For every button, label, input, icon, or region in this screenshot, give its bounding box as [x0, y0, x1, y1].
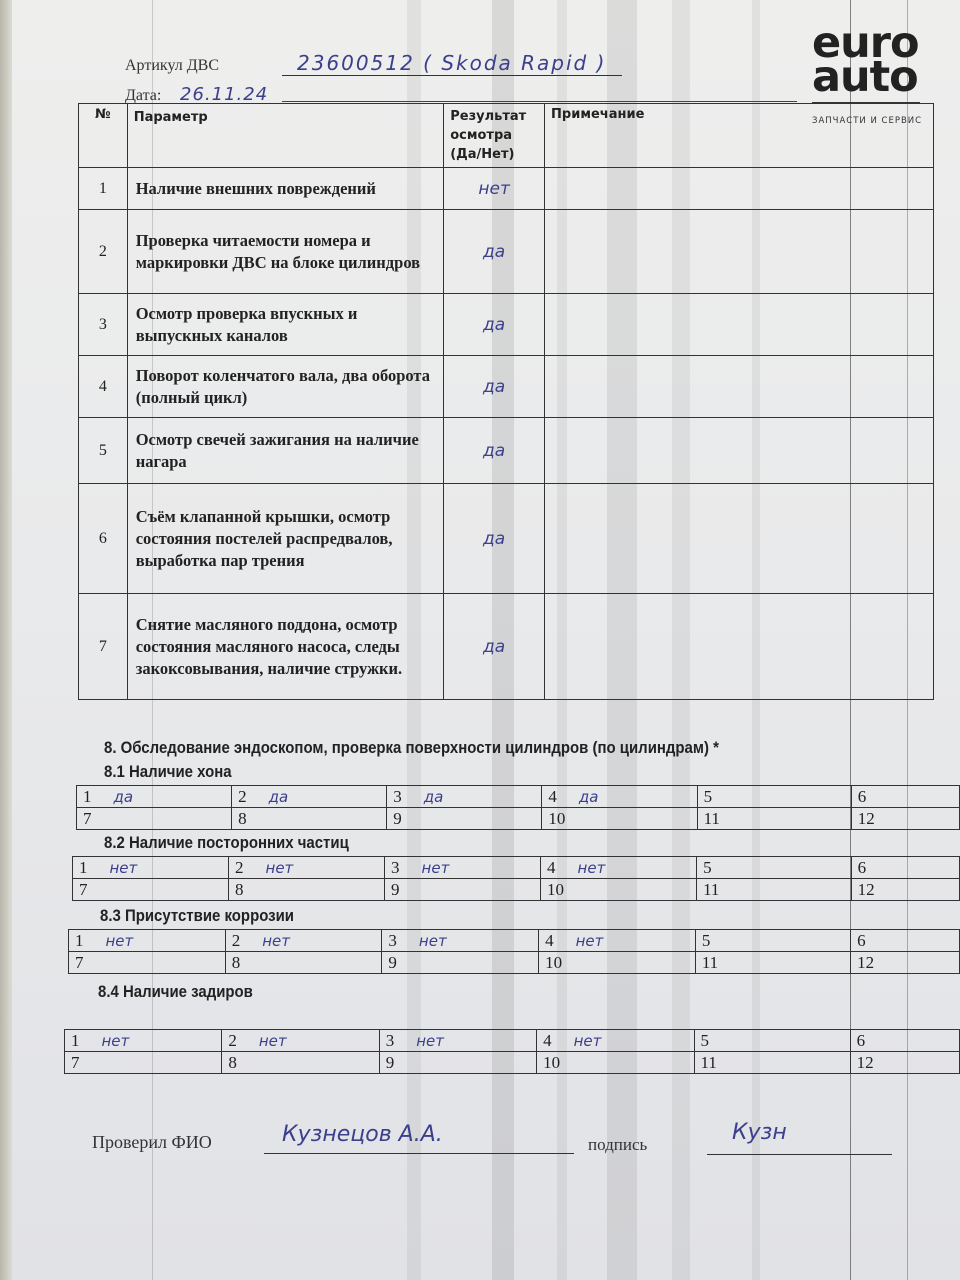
row-parameter-cell: Проверка читаемости номера и маркировки …	[127, 210, 444, 294]
table-row: 7Снятие масляного поддона, осмотр состоя…	[79, 594, 934, 700]
row-note-cell	[545, 594, 934, 700]
cylinder-number: 5	[701, 1031, 710, 1050]
checked-by-underline	[264, 1153, 574, 1154]
cylinder-number: 8	[228, 1053, 237, 1072]
cylinder-row: 1да2да3да4да56	[77, 786, 960, 808]
cylinder-cell: 9	[379, 1052, 536, 1074]
cylinder-cell: 12	[851, 952, 960, 974]
cylinder-cell: 5	[695, 930, 850, 952]
row-number: 2	[99, 243, 107, 260]
cylinder-number: 7	[75, 953, 84, 972]
cylinder-cell: 12	[851, 808, 959, 830]
cylinder-result: нет	[416, 1032, 444, 1050]
cylinder-cell: 4да	[542, 786, 697, 808]
row-number-cell: 1	[79, 168, 128, 210]
cylinder-number: 3	[388, 931, 397, 950]
row-result: да	[483, 242, 505, 262]
cylinder-number: 10	[547, 880, 564, 899]
row-number-cell: 7	[79, 594, 128, 700]
row-number: 4	[99, 378, 107, 395]
cylinder-number: 12	[857, 953, 874, 972]
cylinder-result: нет	[576, 932, 604, 950]
cylinder-cell: 5	[697, 857, 852, 879]
table-row: 4Поворот коленчатого вала, два оборота (…	[79, 356, 934, 418]
header-result: Результат осмотра (Да/Нет)	[444, 104, 545, 168]
cylinder-row: 789101112	[65, 1052, 960, 1074]
cylinder-result: нет	[262, 932, 290, 950]
logo-word-auto: auto	[812, 60, 922, 94]
cylinder-cell: 6	[851, 857, 959, 879]
table-header-row: № Параметр Результат осмотра (Да/Нет) Пр…	[79, 104, 934, 168]
cylinder-number: 9	[388, 953, 397, 972]
cylinder-number: 10	[543, 1053, 560, 1072]
cylinder-cell: 10	[539, 952, 696, 974]
row-result-cell: да	[444, 210, 545, 294]
cylinder-cell: 7	[77, 808, 232, 830]
cylinder-number: 7	[79, 880, 88, 899]
row-result: да	[483, 377, 505, 397]
row-parameter: Проверка читаемости номера и маркировки …	[136, 231, 420, 272]
subsection-title: 8.2 Наличие посторонних частиц	[104, 833, 349, 853]
cylinder-result: нет	[419, 932, 447, 950]
cylinder-cell: 3нет	[382, 930, 539, 952]
inspection-form-page: Артикул ДВС 23600512 ( Skoda Rapid ) Дат…	[12, 0, 960, 1280]
cylinder-number: 11	[704, 809, 720, 828]
cylinder-cell: 4нет	[539, 930, 696, 952]
cylinder-cell: 2нет	[222, 1030, 379, 1052]
row-note-cell	[545, 294, 934, 356]
checked-by-label: Проверил ФИО	[92, 1132, 212, 1153]
cylinder-result: нет	[106, 932, 134, 950]
section-8-title: 8. Обследование эндоскопом, проверка пов…	[104, 738, 719, 758]
date-value: 26.11.24	[180, 84, 268, 105]
row-result: да	[483, 441, 505, 461]
cylinder-number: 6	[858, 858, 867, 877]
cylinder-result: нет	[102, 1032, 130, 1050]
cylinder-cell: 8	[222, 1052, 379, 1074]
cylinder-cell: 3нет	[385, 857, 541, 879]
cylinder-number: 3	[393, 787, 402, 806]
cylinder-cell: 5	[694, 1030, 850, 1052]
row-number-cell: 2	[79, 210, 128, 294]
cylinder-cell: 10	[537, 1052, 694, 1074]
cylinder-number: 3	[386, 1031, 395, 1050]
cylinder-result: нет	[259, 1032, 287, 1050]
cylinder-number: 3	[391, 858, 400, 877]
row-parameter: Поворот коленчатого вала, два оборота (п…	[136, 366, 430, 407]
cylinder-cell: 11	[697, 808, 851, 830]
cylinder-result: нет	[578, 859, 606, 877]
row-result-cell: да	[444, 484, 545, 594]
row-parameter: Наличие внешних повреждений	[136, 179, 376, 198]
cylinder-cell: 6	[851, 786, 959, 808]
cylinder-row: 1нет2нет3нет4нет56	[73, 857, 960, 879]
cylinder-number: 12	[857, 1053, 874, 1072]
cylinder-number: 5	[702, 931, 711, 950]
subsection-title: 8.1 Наличие хона	[104, 762, 232, 782]
row-note-cell	[545, 168, 934, 210]
row-result: да	[483, 315, 505, 335]
row-number-cell: 6	[79, 484, 128, 594]
row-parameter: Съём клапанной крышки, осмотр состояния …	[136, 507, 393, 570]
cylinder-number: 9	[386, 1053, 395, 1072]
cylinder-cell: 11	[695, 952, 850, 974]
inspection-table: № Параметр Результат осмотра (Да/Нет) Пр…	[78, 103, 934, 700]
header-param: Параметр	[127, 104, 444, 168]
cylinder-cell: 6	[851, 930, 960, 952]
cylinder-cell: 11	[697, 879, 852, 901]
cylinder-cell: 3нет	[379, 1030, 536, 1052]
header-note: Примечание	[545, 104, 934, 168]
row-result: нет	[478, 179, 509, 199]
row-number: 7	[99, 638, 107, 655]
row-result-cell: да	[444, 418, 545, 484]
row-note-cell	[545, 484, 934, 594]
cylinder-number: 1	[83, 787, 92, 806]
cylinder-number: 5	[704, 787, 713, 806]
cylinder-cell: 2да	[232, 786, 387, 808]
row-result-cell: нет	[444, 168, 545, 210]
cylinder-cell: 9	[382, 952, 539, 974]
cylinder-number: 1	[71, 1031, 80, 1050]
article-value: 23600512 ( Skoda Rapid )	[297, 51, 606, 75]
cylinder-number: 12	[858, 880, 875, 899]
cylinder-table: 1нет2нет3нет4нет56789101112	[72, 856, 960, 901]
row-number-cell: 4	[79, 356, 128, 418]
cylinder-result: нет	[574, 1032, 602, 1050]
cylinder-number: 2	[238, 787, 247, 806]
cylinder-result: нет	[266, 859, 294, 877]
cylinder-table: 1да2да3да4да56789101112	[76, 785, 960, 830]
cylinder-result: нет	[422, 859, 450, 877]
cylinder-cell: 3да	[387, 786, 542, 808]
subsection-title: 8.3 Присутствие коррозии	[100, 906, 294, 926]
row-parameter-cell: Наличие внешних повреждений	[127, 168, 444, 210]
cylinder-number: 10	[548, 809, 565, 828]
cylinder-cell: 5	[697, 786, 851, 808]
row-note-cell	[545, 210, 934, 294]
signature-label: подпись	[588, 1135, 647, 1155]
cylinder-cell: 7	[69, 952, 226, 974]
row-result: да	[483, 637, 505, 657]
row-parameter: Снятие масляного поддона, осмотр состоян…	[136, 615, 402, 678]
cylinder-cell: 9	[387, 808, 542, 830]
cylinder-row: 789101112	[69, 952, 960, 974]
table-row: 6Съём клапанной крышки, осмотр состояния…	[79, 484, 934, 594]
signature-value: Кузн	[732, 1120, 787, 1145]
row-parameter-cell: Съём клапанной крышки, осмотр состояния …	[127, 484, 444, 594]
row-number: 3	[99, 316, 107, 333]
cylinder-number: 2	[232, 931, 241, 950]
cylinder-cell: 8	[232, 808, 387, 830]
row-parameter-cell: Осмотр свечей зажигания на наличие нагар…	[127, 418, 444, 484]
cylinder-number: 7	[83, 809, 92, 828]
row-parameter-cell: Поворот коленчатого вала, два оборота (п…	[127, 356, 444, 418]
row-note-cell	[545, 356, 934, 418]
cylinder-cell: 8	[229, 879, 385, 901]
cylinder-cell: 4нет	[541, 857, 697, 879]
cylinder-result: нет	[110, 859, 138, 877]
table-row: 3Осмотр проверка впускных и выпускных ка…	[79, 294, 934, 356]
cylinder-number: 6	[857, 1031, 866, 1050]
cylinder-number: 12	[858, 809, 875, 828]
row-note-cell	[545, 418, 934, 484]
subsection-title: 8.4 Наличие задиров	[98, 982, 253, 1002]
cylinder-cell: 1да	[77, 786, 232, 808]
table-row: 2Проверка читаемости номера и маркировки…	[79, 210, 934, 294]
cylinder-cell: 7	[73, 879, 229, 901]
row-result-cell: да	[444, 594, 545, 700]
cylinder-result: да	[579, 788, 599, 806]
cylinder-cell: 1нет	[69, 930, 226, 952]
cylinder-row: 1нет2нет3нет4нет56	[69, 930, 960, 952]
row-number: 1	[99, 180, 107, 197]
cylinder-row: 1нет2нет3нет4нет56	[65, 1030, 960, 1052]
cylinder-number: 4	[545, 931, 554, 950]
cylinder-number: 2	[235, 858, 244, 877]
cylinder-number: 1	[79, 858, 88, 877]
cylinder-row: 789101112	[73, 879, 960, 901]
cylinder-cell: 10	[541, 879, 697, 901]
cylinder-number: 8	[235, 880, 244, 899]
cylinder-number: 8	[232, 953, 241, 972]
checked-by-name: Кузнецов А.А.	[282, 1122, 443, 1147]
cylinder-cell: 9	[385, 879, 541, 901]
cylinder-result: да	[114, 788, 134, 806]
cylinder-number: 7	[71, 1053, 80, 1072]
cylinder-table: 1нет2нет3нет4нет56789101112	[68, 929, 960, 974]
cylinder-number: 11	[702, 953, 718, 972]
cylinder-number: 9	[393, 809, 402, 828]
cylinder-cell: 1нет	[73, 857, 229, 879]
cylinder-cell: 4нет	[537, 1030, 694, 1052]
row-number-cell: 3	[79, 294, 128, 356]
cylinder-number: 11	[701, 1053, 717, 1072]
cylinder-number: 11	[703, 880, 719, 899]
cylinder-cell: 7	[65, 1052, 222, 1074]
article-label: Артикул ДВС	[125, 57, 219, 75]
cylinder-number: 2	[228, 1031, 237, 1050]
cylinder-result: да	[424, 788, 444, 806]
cylinder-cell: 1нет	[65, 1030, 222, 1052]
row-result-cell: да	[444, 294, 545, 356]
row-number: 5	[99, 442, 107, 459]
cylinder-number: 4	[548, 787, 557, 806]
cylinder-number: 5	[703, 858, 712, 877]
cylinder-cell: 10	[542, 808, 697, 830]
row-number: 6	[99, 530, 107, 547]
table-row: 1Наличие внешних поврежденийнет	[79, 168, 934, 210]
cylinder-cell: 2нет	[225, 930, 382, 952]
cylinder-cell: 12	[850, 1052, 959, 1074]
cylinder-cell: 2нет	[229, 857, 385, 879]
cylinder-number: 4	[543, 1031, 552, 1050]
cylinder-cell: 6	[850, 1030, 959, 1052]
row-result: да	[483, 529, 505, 549]
signature-underline	[707, 1154, 892, 1155]
cylinder-number: 4	[547, 858, 556, 877]
cylinder-cell: 12	[851, 879, 959, 901]
cylinder-number: 6	[858, 787, 867, 806]
row-parameter-cell: Осмотр проверка впускных и выпускных кан…	[127, 294, 444, 356]
cylinder-result: да	[269, 788, 289, 806]
cylinder-number: 6	[857, 931, 866, 950]
row-number-cell: 5	[79, 418, 128, 484]
article-underline	[282, 75, 622, 76]
cylinder-number: 10	[545, 953, 562, 972]
cylinder-row: 789101112	[77, 808, 960, 830]
row-parameter-cell: Снятие масляного поддона, осмотр состоян…	[127, 594, 444, 700]
cylinder-number: 8	[238, 809, 247, 828]
header-num: №	[79, 104, 128, 168]
table-row: 5Осмотр свечей зажигания на наличие нага…	[79, 418, 934, 484]
row-parameter: Осмотр свечей зажигания на наличие нагар…	[136, 430, 419, 471]
cylinder-cell: 8	[225, 952, 382, 974]
cylinder-cell: 11	[694, 1052, 850, 1074]
row-result-cell: да	[444, 356, 545, 418]
cylinder-table: 1нет2нет3нет4нет56789101112	[64, 1029, 960, 1074]
cylinder-number: 1	[75, 931, 84, 950]
date-underline	[282, 101, 797, 102]
row-parameter: Осмотр проверка впускных и выпускных кан…	[136, 304, 358, 345]
cylinder-number: 9	[391, 880, 400, 899]
